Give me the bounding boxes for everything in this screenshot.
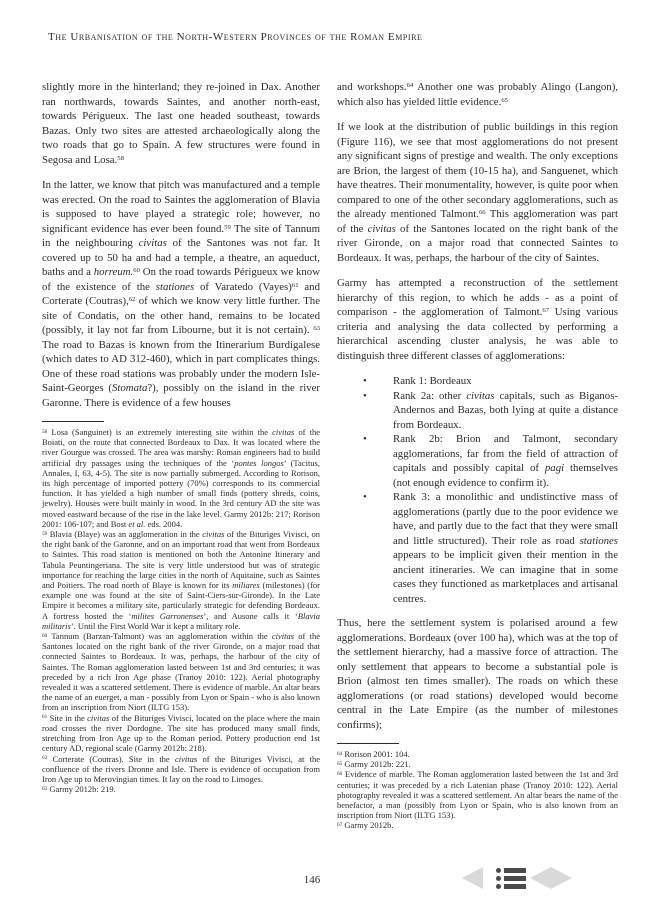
nav-next-triangle-icon[interactable]	[551, 867, 572, 889]
footnote: 62 Corterate (Coutras). Site in the civi…	[42, 754, 320, 785]
footnote: 64 Rorison 2001: 104.	[337, 749, 618, 759]
list-bar-icon	[504, 876, 526, 881]
list-item: Rank 2a: other civitas capitals, such as…	[337, 389, 618, 433]
contents-list-icon[interactable]	[496, 866, 526, 890]
rank-list: Rank 1: Bordeaux Rank 2a: other civitas …	[337, 374, 618, 606]
body-paragraph: and workshops.64 Another one was probabl…	[337, 80, 618, 109]
footnote: 59 Blavia (Blaye) was an agglomeration i…	[42, 529, 320, 631]
footnote: 58 Losa (Sanguinet) is an extremely inte…	[42, 427, 320, 529]
running-head-title: The Urbanisation of the North-Western Pr…	[48, 31, 422, 43]
footnote-separator	[337, 743, 399, 744]
list-dot-icon	[496, 868, 501, 873]
contents-list-row	[496, 876, 526, 881]
list-dot-icon	[496, 884, 501, 889]
list-bar-icon	[504, 884, 526, 889]
footnote: 61 Site in the civitas of the Bituriges …	[42, 713, 320, 754]
list-item: Rank 2b: Brion and Talmont, secondary ag…	[337, 432, 618, 490]
reader-nav	[462, 866, 572, 890]
footnote: 67 Garmy 2012b.	[337, 820, 618, 830]
left-column: slightly more in the hinterland; they re…	[42, 80, 320, 794]
body-paragraph: slightly more in the hinterland; they re…	[42, 80, 320, 167]
nav-back-triangle-icon[interactable]	[462, 867, 483, 889]
list-bar-icon	[504, 868, 526, 873]
right-column: and workshops.64 Another one was probabl…	[337, 80, 618, 831]
nav-arrow-pair	[530, 867, 572, 889]
list-dot-icon	[496, 876, 501, 881]
footnote: 60 Tannum (Barzan-Talmont) was an agglom…	[42, 631, 320, 713]
book-page: The Urbanisation of the North-Western Pr…	[0, 0, 650, 920]
body-paragraph: In the latter, we know that pitch was ma…	[42, 178, 320, 410]
body-paragraph: If we look at the distribution of public…	[337, 120, 618, 265]
body-paragraph: Thus, here the settlement system is pola…	[337, 616, 618, 732]
list-item: Rank 1: Bordeaux	[337, 374, 618, 389]
footnote: 63 Garmy 2012b: 219.	[42, 784, 320, 794]
footnote-separator	[42, 421, 104, 422]
footnote: 66 Evidence of marble. The Roman agglome…	[337, 769, 618, 820]
contents-list-row	[496, 884, 526, 889]
body-paragraph: Garmy has attempted a reconstruction of …	[337, 276, 618, 363]
list-item: Rank 3: a monolithic and undistinctive m…	[337, 490, 618, 606]
nav-prev-triangle-icon[interactable]	[530, 867, 551, 889]
footnote: 65 Garmy 2012b: 221.	[337, 759, 618, 769]
contents-list-row	[496, 868, 526, 873]
